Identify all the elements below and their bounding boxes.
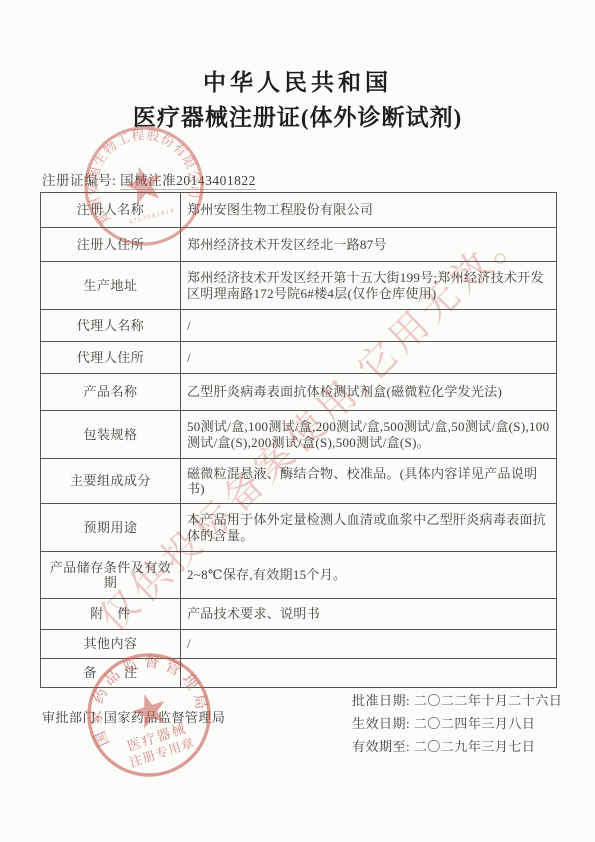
row-label: 包装规格 xyxy=(41,411,181,459)
row-value: 2~8℃保存,有效期15个月。 xyxy=(181,552,557,599)
row-value: 产品技术要求、说明书 xyxy=(181,599,557,630)
row-label: 代理人名称 xyxy=(41,310,181,342)
row-value: 50测试/盒,100测试/盒,200测试/盒,500测试/盒,50测试/盒(S)… xyxy=(181,411,557,459)
table-row-intended-use: 预期用途 本产品用于体外定量检测人血清或血浆中乙型肝炎病毒表面抗体的含量。 xyxy=(41,504,557,552)
row-value: / xyxy=(181,310,557,342)
row-label: 备 注 xyxy=(41,659,181,688)
authority-seal-line2: 注册专用章 xyxy=(128,735,197,770)
table-row-main-components: 主要组成成分 磁微粒混悬液、酶结合物、校准品。(具体内容详见产品说明书) xyxy=(41,459,557,504)
table-row-other-content: 其他内容 / xyxy=(41,630,557,659)
table-row-registrant-address: 注册人住所 郑州经济技术开发区经北一路87号 xyxy=(41,228,557,262)
certificate-page: 仅供投标备案使用,它用无效。 中华人民共和国 医疗器械注册证(体外诊断试剂) 注… xyxy=(0,0,595,842)
row-value: 磁微粒混悬液、酶结合物、校准品。(具体内容详见产品说明书) xyxy=(181,459,557,504)
row-value xyxy=(181,659,557,688)
row-label: 预期用途 xyxy=(41,504,181,552)
table-row-registrant-name: 注册人名称 郑州安图生物工程股份有限公司 xyxy=(41,193,557,228)
registration-number-label: 注册证编号: xyxy=(42,173,116,188)
approval-department-label: 审批部门: xyxy=(42,710,100,725)
expiry-date-label: 有效期至: xyxy=(352,739,410,754)
row-label: 主要组成成分 xyxy=(41,459,181,504)
row-label: 注册人名称 xyxy=(41,193,181,228)
table-row-packaging-spec: 包装规格 50测试/盒,100测试/盒,200测试/盒,500测试/盒,50测试… xyxy=(41,411,557,459)
row-value: 郑州经济技术开发区经开第十五大街199号;郑州经济技术开发区明理南路172号院6… xyxy=(181,262,557,310)
approval-date-label: 批准日期: xyxy=(352,693,410,708)
approval-date-line: 批准日期: 二〇二二年十月二十六日 xyxy=(352,689,562,712)
row-label: 其他内容 xyxy=(41,630,181,659)
expiry-date-value: 二〇二九年三月七日 xyxy=(414,739,536,754)
table-row-production-address: 生产地址 郑州经济技术开发区经开第十五大街199号;郑州经济技术开发区明理南路1… xyxy=(41,262,557,310)
certificate-table: 注册人名称 郑州安图生物工程股份有限公司 注册人住所 郑州经济技术开发区经北一路… xyxy=(40,192,557,688)
page-title: 中华人民共和国 医疗器械注册证(体外诊断试剂) xyxy=(0,68,595,134)
row-value: 郑州经济技术开发区经北一路87号 xyxy=(181,228,557,262)
date-block: 批准日期: 二〇二二年十月二十六日 生效日期: 二〇二四年三月八日 有效期至: … xyxy=(352,689,562,758)
effective-date-line: 生效日期: 二〇二四年三月八日 xyxy=(352,712,562,735)
row-label: 产品储存条件及有效期 xyxy=(41,552,181,599)
title-country: 中华人民共和国 xyxy=(0,68,595,98)
table-row-attachments: 附 件 产品技术要求、说明书 xyxy=(41,599,557,630)
approval-department-value: 国家药品监督管理局 xyxy=(104,710,226,725)
row-label: 注册人住所 xyxy=(41,228,181,262)
row-label: 产品名称 xyxy=(41,374,181,411)
table-row-agent-address: 代理人住所 / xyxy=(41,342,557,374)
expiry-date-line: 有效期至: 二〇二九年三月七日 xyxy=(352,735,562,758)
row-value: / xyxy=(181,630,557,659)
effective-date-label: 生效日期: xyxy=(352,716,410,731)
row-label: 生产地址 xyxy=(41,262,181,310)
row-value: 郑州安图生物工程股份有限公司 xyxy=(181,193,557,228)
approval-department-line: 审批部门: 国家药品监督管理局 xyxy=(42,707,225,726)
table-row-storage-validity: 产品储存条件及有效期 2~8℃保存,有效期15个月。 xyxy=(41,552,557,599)
row-value: 本产品用于体外定量检测人血清或血浆中乙型肝炎病毒表面抗体的含量。 xyxy=(181,504,557,552)
effective-date-value: 二〇二四年三月八日 xyxy=(414,716,536,731)
title-certificate-type: 医疗器械注册证(体外诊断试剂) xyxy=(0,102,595,134)
table-row-agent-name: 代理人名称 / xyxy=(41,310,557,342)
approval-date-value: 二〇二二年十月二十六日 xyxy=(414,693,563,708)
registration-number-value: 国械注准20143401822 xyxy=(120,173,256,190)
row-label: 代理人住所 xyxy=(41,342,181,374)
row-value: / xyxy=(181,342,557,374)
table-row-remarks: 备 注 xyxy=(41,659,557,688)
row-value: 乙型肝炎病毒表面抗体检测试剂盒(磁微粒化学发光法) xyxy=(181,374,557,411)
row-label: 附 件 xyxy=(41,599,181,630)
registration-number-line: 注册证编号: 国械注准20143401822 xyxy=(42,169,256,189)
table-row-product-name: 产品名称 乙型肝炎病毒表面抗体检测试剂盒(磁微粒化学发光法) xyxy=(41,374,557,411)
